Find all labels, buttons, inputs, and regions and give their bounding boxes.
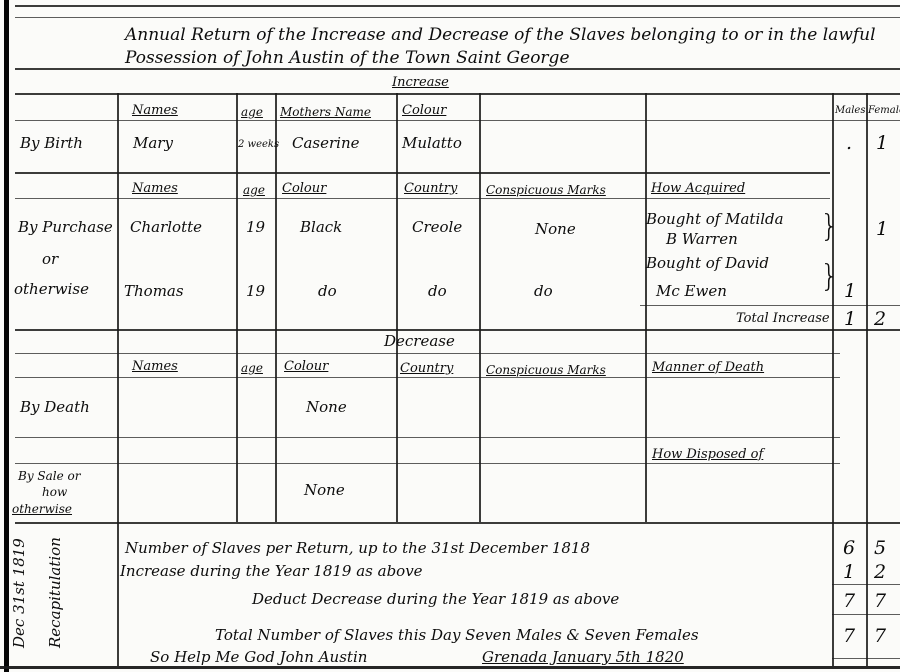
document-title-line-2: Possession of John Austin of the Town Sa… <box>125 50 570 67</box>
col-line-country <box>396 93 398 522</box>
col-line-how <box>645 93 647 522</box>
by-sale-value: None <box>304 483 345 498</box>
recap-row-4-females: 7 <box>874 627 886 646</box>
recap-date: Dec 31st 1819 <box>12 538 27 648</box>
purchase-colour-2: do <box>318 284 337 299</box>
purchase-marks-1: None <box>535 222 576 237</box>
purchase-how-2a: Bought of David <box>646 256 769 271</box>
birth-females: 1 <box>876 134 888 153</box>
purchase-country-2: do <box>428 284 447 299</box>
by-death-label: By Death <box>20 400 90 415</box>
total-increase-label: Total Increase <box>736 312 830 325</box>
col-line-marks <box>479 93 481 522</box>
section-rule-top <box>15 93 900 95</box>
title-rule <box>15 68 900 70</box>
purchase-age-1: 19 <box>246 220 265 235</box>
decrease-header-country: Country <box>400 362 453 375</box>
decrease-header-colour: Colour <box>284 360 328 373</box>
decrease-bottom-rule <box>15 522 900 524</box>
males-header: Males <box>835 106 865 116</box>
purchase-header-rule <box>15 198 830 199</box>
recap-row-3-text: Deduct Decrease during the Year 1819 as … <box>252 592 619 607</box>
birth-header-rule <box>15 120 900 121</box>
purchase-age-2: 19 <box>246 284 265 299</box>
decrease-header-names: Names <box>132 360 178 373</box>
col-line-age <box>236 93 238 522</box>
purchase-females-1: 1 <box>876 220 888 239</box>
document-title-line-1: Annual Return of the Increase and Decrea… <box>125 27 876 44</box>
by-sale-how: how <box>42 486 67 498</box>
purchase-name-2: Thomas <box>124 284 184 299</box>
brace-2: } <box>820 262 839 292</box>
col-line-colour <box>275 93 277 522</box>
by-sale-otherwise: otherwise <box>12 503 72 515</box>
purchase-header-names: Names <box>132 182 178 195</box>
birth-header-age: age <box>241 106 263 118</box>
recap-row-1-males: 6 <box>843 539 855 558</box>
purchase-row-rule <box>640 305 900 306</box>
purchase-marks-2: do <box>534 284 553 299</box>
purchase-header-marks: Conspicuous Marks <box>486 184 606 196</box>
recap-row-2-females: 2 <box>874 563 886 582</box>
decrease-header-top <box>15 353 840 354</box>
left-border <box>4 0 9 672</box>
birth-header-mothers-name: Mothers Name <box>280 106 371 118</box>
by-purchase-label: By Purchase <box>18 220 113 235</box>
recap-row-4-text: Total Number of Slaves this Day Seven Ma… <box>215 628 699 643</box>
purchase-header-how-acquired: How Acquired <box>651 182 745 195</box>
total-increase-males: 1 <box>844 310 856 329</box>
slave-return-document: Annual Return of the Increase and Decrea… <box>0 0 900 672</box>
birth-name: Mary <box>133 136 173 151</box>
brace-1: } <box>820 212 839 242</box>
decrease-header-how-disposed: How Disposed of <box>652 448 763 461</box>
by-purchase-otherwise: otherwise <box>14 282 89 297</box>
birth-header-colour: Colour <box>402 104 446 117</box>
decrease-header-manner-of-death: Manner of Death <box>652 361 764 374</box>
death-row-rule <box>15 437 840 438</box>
by-purchase-or: or <box>42 252 58 267</box>
purchase-colour-1: Black <box>300 220 342 235</box>
recap-row-2-males: 1 <box>843 563 855 582</box>
purchase-country-1: Creole <box>412 220 462 235</box>
increase-heading: Increase <box>392 76 449 89</box>
by-death-value: None <box>306 400 347 415</box>
decrease-heading: Decrease <box>384 334 455 349</box>
sale-header-rule <box>15 463 840 464</box>
recap-row-3-males: 7 <box>843 592 855 611</box>
by-sale-label: By Sale or <box>18 470 81 482</box>
purchase-how-2b: Mc Ewen <box>656 284 727 299</box>
recap-row-2-text: Increase during the Year 1819 as above <box>120 564 423 579</box>
birth-row-rule <box>15 172 830 174</box>
recap-row-1-females: 5 <box>874 539 886 558</box>
birth-header-names: Names <box>132 104 178 117</box>
purchase-how-1b: B Warren <box>666 232 738 247</box>
birth-males: . <box>846 134 852 153</box>
recap-row-1-text: Number of Slaves per Return, up to the 3… <box>125 541 590 556</box>
col-line-label <box>117 93 119 666</box>
birth-age: 2 weeks <box>238 140 279 150</box>
top-rule-2 <box>15 17 900 18</box>
females-header: Females <box>868 106 900 116</box>
purchase-header-colour: Colour <box>282 182 326 195</box>
purchase-how-1a: Bought of Matilda <box>646 212 784 227</box>
decrease-header-marks: Conspicuous Marks <box>486 364 606 376</box>
oath-date: Grenada January 5th 1820 <box>482 650 684 665</box>
total-increase-females: 2 <box>874 310 886 329</box>
purchase-males-2: 1 <box>844 282 856 301</box>
oath-signature: So Help Me God John Austin <box>150 650 367 665</box>
total-increase-rule <box>15 329 900 331</box>
col-line-females <box>866 93 868 666</box>
bottom-border <box>0 666 900 669</box>
birth-mothers-name: Caserine <box>292 136 360 151</box>
col-line-males <box>832 93 834 666</box>
birth-colour: Mulatto <box>402 136 462 151</box>
decrease-header-age: age <box>241 362 263 374</box>
purchase-name-1: Charlotte <box>130 220 202 235</box>
top-rule <box>15 5 900 7</box>
purchase-header-age: age <box>243 184 265 196</box>
recap-row-3-females: 7 <box>874 592 886 611</box>
recap-row-4-males: 7 <box>843 627 855 646</box>
by-birth-label: By Birth <box>20 136 83 151</box>
purchase-header-country: Country <box>404 182 457 195</box>
recap-side-label: Recapitulation <box>48 537 63 648</box>
decrease-header-rule <box>15 377 840 378</box>
